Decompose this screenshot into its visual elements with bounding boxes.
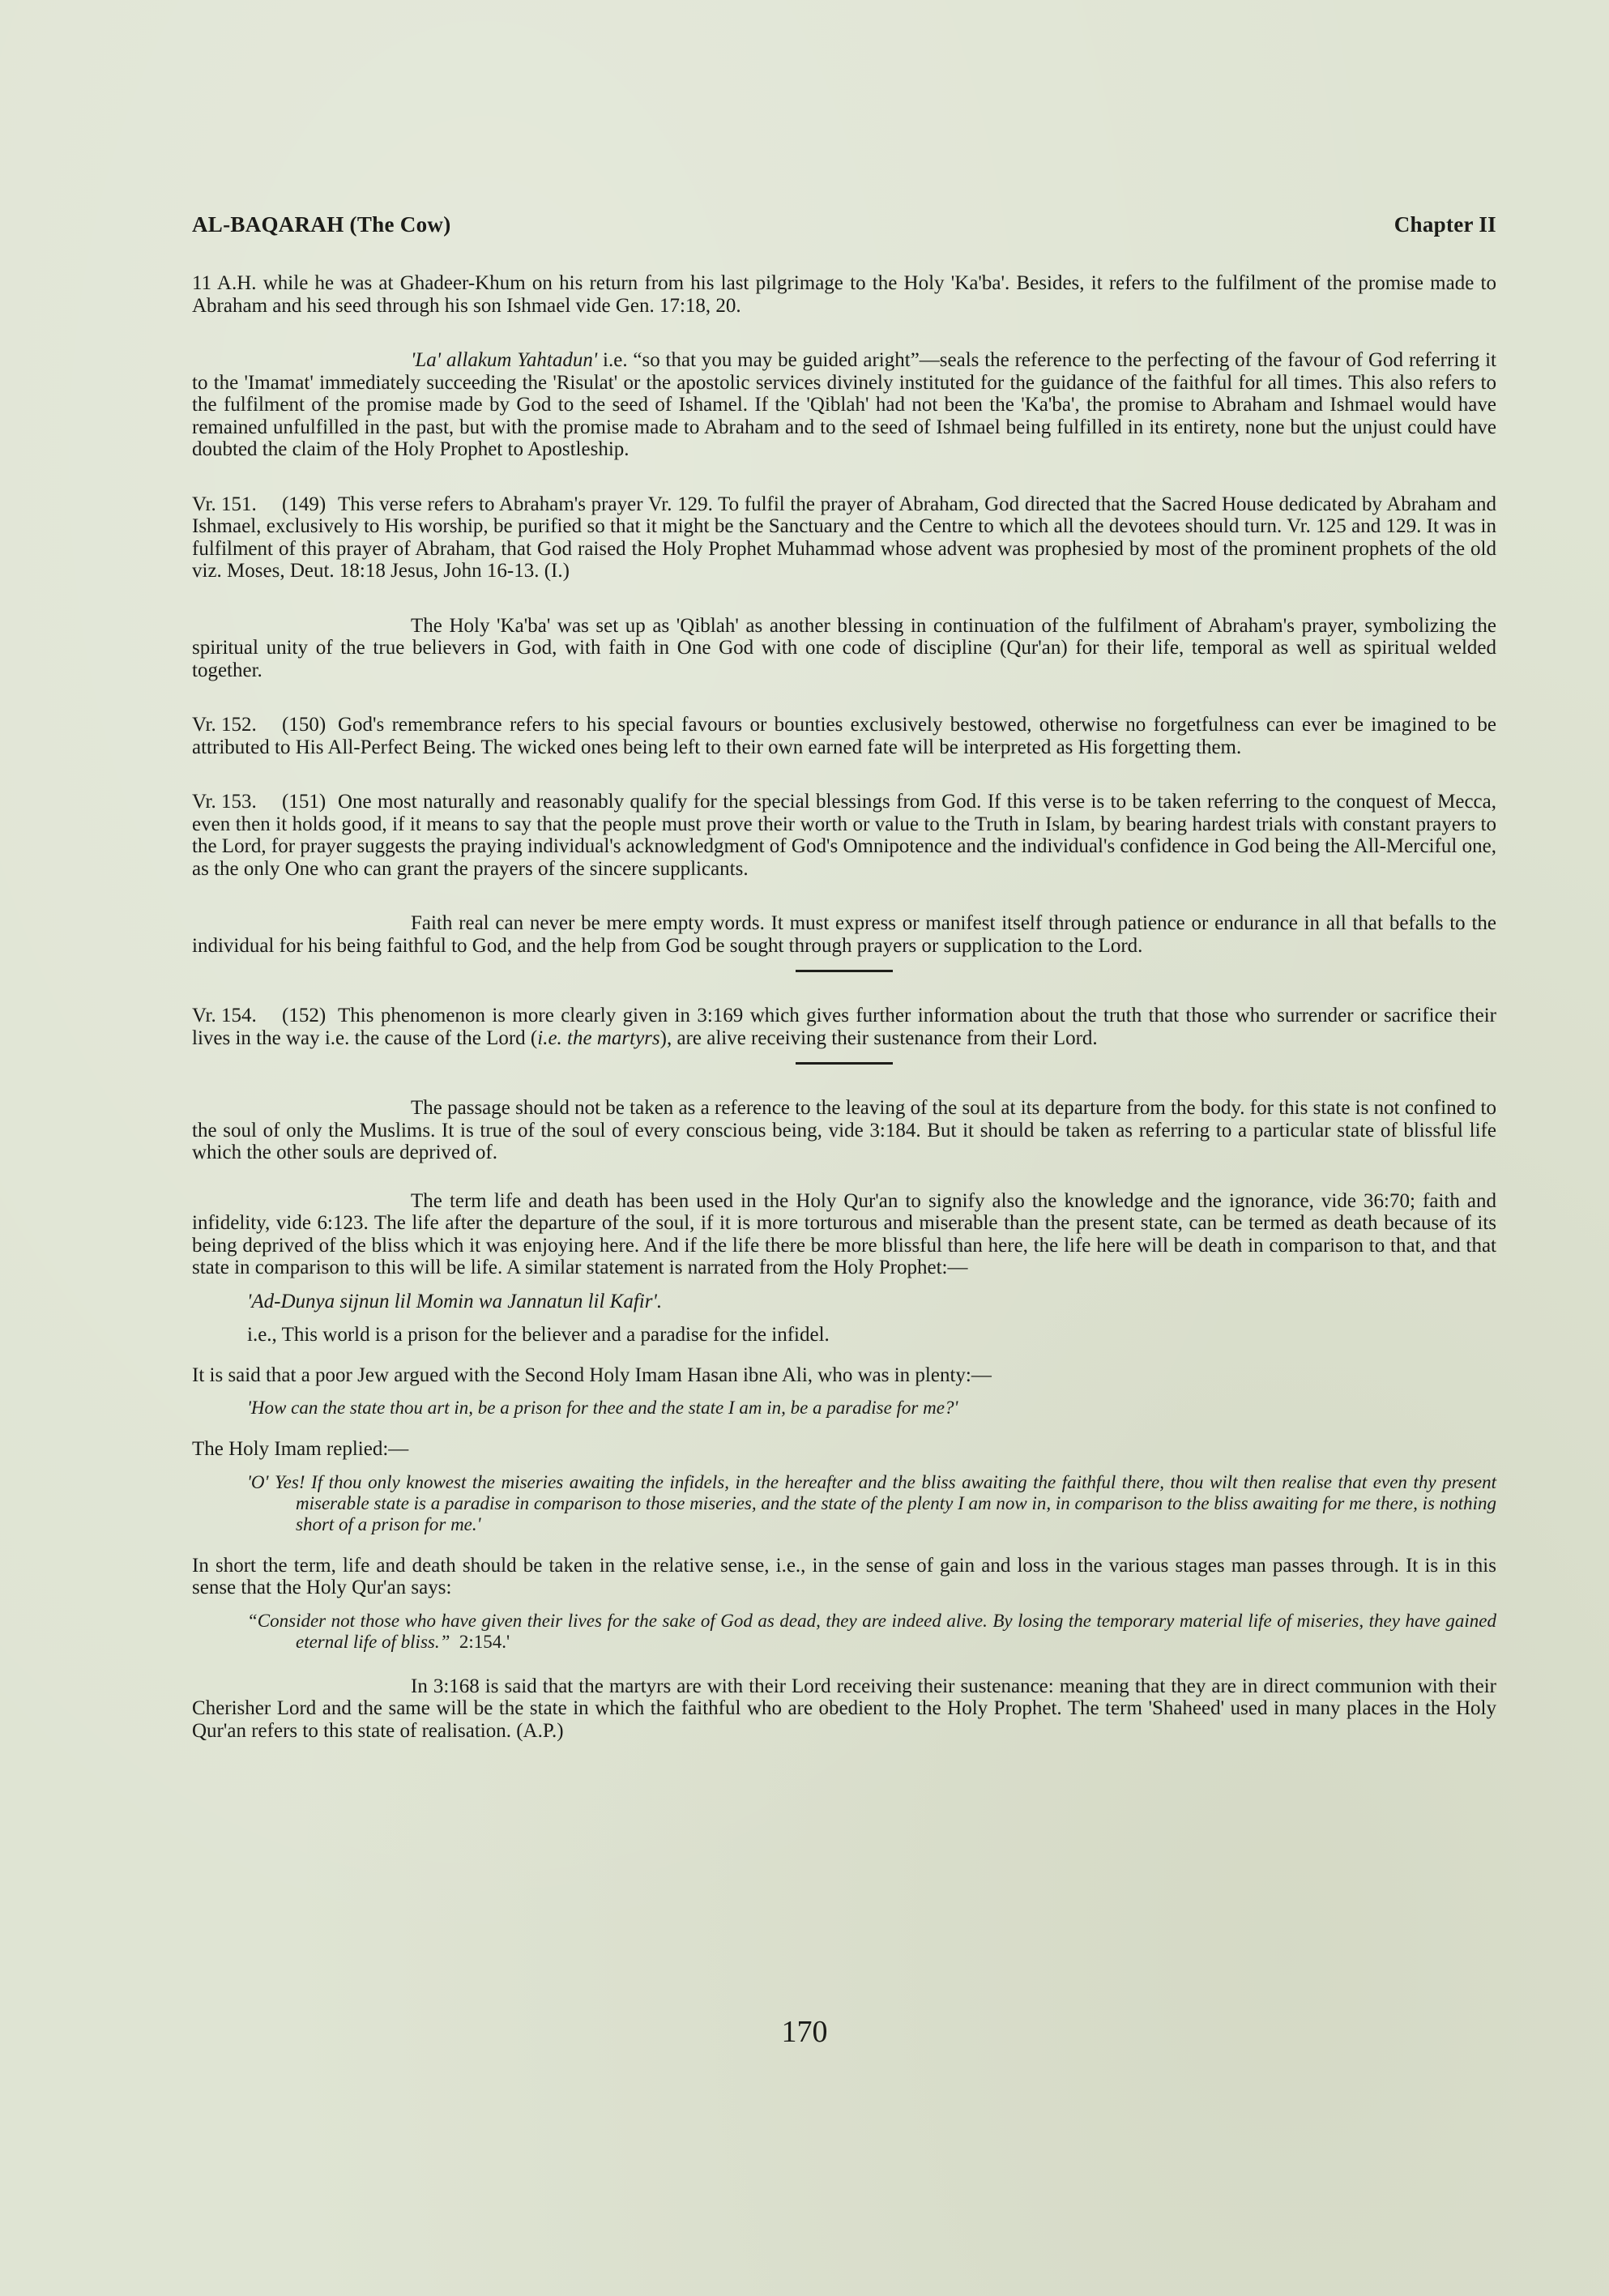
verse-number: (150)	[282, 714, 326, 736]
saying-translation: i.e., This world is a prison for the bel…	[247, 1324, 1496, 1346]
quote-jew: 'How can the state thou art in, be a pri…	[247, 1398, 1496, 1419]
book-page: AL-BAQARAH (The Cow) Chapter II 11 A.H. …	[0, 0, 1609, 2296]
commentary-body: 11 A.H. while he was at Ghadeer-Khum on …	[192, 272, 1496, 1764]
quran-verse-text: “Consider not those who have given their…	[247, 1611, 1496, 1652]
paragraph-kaba-qiblah: The Holy 'Ka'ba' was set up as 'Qiblah' …	[192, 615, 1496, 682]
verse-note-154: Vr. 154. (152)This phenomenon is more cl…	[192, 1005, 1496, 1049]
quran-reference: 2:154.'	[459, 1632, 510, 1652]
verse-ref: Vr. 154.	[192, 1005, 257, 1026]
verse-ref: Vr. 152.	[192, 714, 257, 736]
page-number: 170	[0, 2014, 1609, 2050]
surah-title: AL-BAQARAH (The Cow)	[192, 212, 451, 237]
arabic-saying: 'Ad-Dunya sijnun lil Momin wa Jannatun l…	[247, 1291, 1496, 1313]
paragraph-text: i.e. “so that you may be guided aright”—…	[192, 349, 1496, 460]
section-divider	[796, 1062, 893, 1065]
verse-number: (151)	[282, 791, 326, 813]
verse-label: Vr. 154. (152)	[192, 1005, 338, 1027]
verse-ref: Vr. 151.	[192, 493, 257, 515]
paragraph-passage: The passage should not be taken as a ref…	[192, 1097, 1496, 1164]
verse-number: (152)	[282, 1005, 326, 1026]
verse-text: This verse refers to Abraham's prayer Vr…	[192, 493, 1496, 583]
paragraph-continuation: 11 A.H. while he was at Ghadeer-Khum on …	[192, 272, 1496, 317]
verse-label: Vr. 151. (149)	[192, 493, 338, 516]
italic-aside: i.e. the martyrs	[537, 1027, 659, 1049]
verse-ref: Vr. 153.	[192, 791, 257, 813]
section-divider	[796, 970, 893, 972]
verse-text: God's remembrance refers to his special …	[192, 714, 1496, 758]
verse-label: Vr. 153. (151)	[192, 791, 338, 813]
verse-text: One most naturally and reasonably qualif…	[192, 791, 1496, 880]
paragraph-faith-real: Faith real can never be mere empty words…	[192, 912, 1496, 957]
quote-imam: 'O' Yes! If thou only knowest the miseri…	[247, 1472, 1496, 1535]
verse-text-end: ), are alive receiving their sustenance …	[660, 1027, 1098, 1049]
quote-quran: “Consider not those who have given their…	[247, 1611, 1496, 1653]
verse-note-151: Vr. 151. (149)This verse refers to Abrah…	[192, 493, 1496, 583]
verse-label: Vr. 152. (150)	[192, 714, 338, 736]
arabic-phrase: 'La' allakum Yahtadun'	[411, 349, 597, 371]
paragraph-imam-replied: The Holy Imam replied:—	[192, 1438, 1496, 1461]
paragraph-poor-jew: It is said that a poor Jew argued with t…	[192, 1364, 1496, 1387]
paragraph-in-short: In short the term, life and death should…	[192, 1555, 1496, 1599]
paragraph-la-allakum: 'La' allakum Yahtadun' i.e. “so that you…	[192, 349, 1496, 461]
verse-note-152: Vr. 152. (150)God's remembrance refers t…	[192, 714, 1496, 758]
chapter-label: Chapter II	[1394, 212, 1496, 237]
verse-number: (149)	[282, 493, 326, 515]
paragraph-life-death: The term life and death has been used in…	[192, 1190, 1496, 1279]
verse-note-153: Vr. 153. (151)One most naturally and rea…	[192, 791, 1496, 880]
running-header: AL-BAQARAH (The Cow) Chapter II	[192, 212, 1496, 237]
paragraph-martyrs: In 3:168 is said that the martyrs are wi…	[192, 1675, 1496, 1743]
